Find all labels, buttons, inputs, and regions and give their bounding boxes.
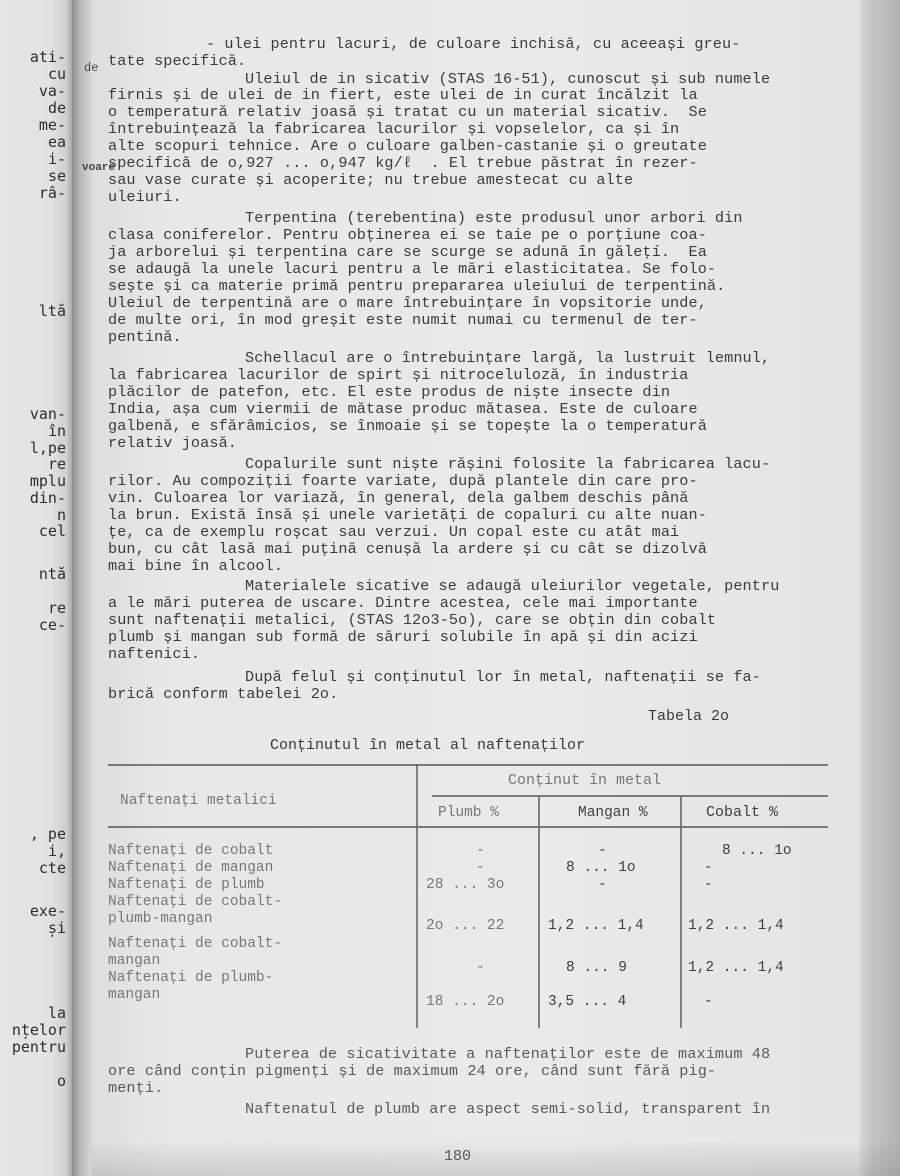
text-line: Schellacul are o întrebuințare largă, la…: [245, 350, 770, 366]
facing-page-text: ati-: [30, 49, 66, 66]
text-line: Puterea de sicativitate a naftenaților e…: [245, 1046, 770, 1062]
table-col-divider: [416, 764, 418, 1028]
column-header-cobalt: Cobalt %: [706, 805, 778, 821]
text-line: brică conform tabelei 2o.: [108, 686, 338, 702]
table-top-rule: [108, 764, 828, 766]
facing-page-text: din-: [30, 490, 66, 507]
text-line: Copalurile sunt niște rășini folosite la…: [245, 456, 770, 472]
table-cell-mangan: 1,2 ... 1,4: [548, 918, 644, 934]
group-header: Conținut în metal: [508, 773, 661, 789]
table-cell-cobalt: 8 ... 1o: [722, 843, 792, 859]
facing-page-text: pentru: [12, 1039, 66, 1056]
text-line: a le mări puterea de uscare. Dintre aces…: [108, 595, 698, 611]
table-row-label: mangan: [108, 953, 160, 969]
table-cell-plumb: -: [476, 960, 485, 976]
text-line: tate specifică.: [108, 53, 246, 69]
text-line: firnis și de ulei de in fiert, este ulei…: [108, 87, 698, 103]
text-line: galbenă, e sfărâmicios, se înmoaie și se…: [108, 418, 707, 434]
text-line: Terpentina (terebentina) este produsul u…: [245, 210, 743, 226]
table-cell-cobalt: -: [704, 877, 713, 893]
text-line: la fabricarea lacurilor de spirt și nitr…: [108, 367, 688, 383]
text-line: menți.: [108, 1080, 163, 1096]
text-line: bun, cu cât lasă mai puțină cenușă la ar…: [108, 541, 707, 557]
column-header-plumb: Plumb %: [438, 805, 499, 821]
facing-page-text: cu: [48, 66, 66, 83]
page-shadow: [92, 1140, 900, 1176]
facing-page-text: re: [48, 456, 66, 473]
margin-note-de: de: [84, 61, 98, 75]
text-line: Naftenatul de plumb are aspect semi-soli…: [245, 1101, 770, 1117]
text-line: sește și ca materie primă pentru prepara…: [108, 278, 725, 294]
facing-page-text: ea: [48, 134, 66, 151]
facing-page-text: , pe: [30, 826, 66, 843]
table-header-rule: [108, 826, 828, 828]
table-row-label: Naftenați de plumb: [108, 877, 265, 893]
table-row-label: Naftenați de mangan: [108, 860, 273, 876]
table-row-label: Naftenați de cobalt: [108, 843, 273, 859]
text-line: alte scopuri tehnice. Are o culoare galb…: [108, 138, 707, 154]
text-line: uleiuri.: [108, 189, 182, 205]
facing-page-text: ntă: [39, 566, 66, 583]
text-line: ore când conțin pigmenți și de maximum 2…: [108, 1063, 716, 1079]
table-row-label: Naftenați de cobalt-: [108, 936, 282, 952]
table-row-label: plumb-mangan: [108, 911, 212, 927]
text-line: întrebuințează la fabricarea lacurilor ș…: [108, 121, 679, 137]
table-row-label: Naftenați de cobalt-: [108, 894, 282, 910]
facing-page-text: cel: [39, 523, 66, 540]
row-header: Naftenați metalici: [120, 793, 277, 809]
table-cell-plumb: 28 ... 3o: [426, 877, 504, 893]
text-line: mai bine în alcool.: [108, 558, 283, 574]
book-gutter: [72, 0, 92, 1176]
facing-page-text: se: [48, 168, 66, 185]
facing-page-text: și: [48, 920, 66, 937]
facing-page-text: exe-: [30, 903, 66, 920]
text-line: sau vase curate și acoperite; nu trebue …: [108, 172, 633, 188]
text-line: pentină.: [108, 329, 182, 345]
text-line: Materialele sicative se adaugă uleiurilo…: [245, 578, 779, 594]
table-caption: Conținutul în metal al naftenaților: [270, 737, 585, 754]
table-cell-mangan: 8 ... 1o: [566, 860, 636, 876]
facing-page-text: râ-: [39, 185, 66, 202]
facing-page-text: i-: [48, 151, 66, 168]
text-line: India, așa cum viermii de mătase produc …: [108, 401, 698, 417]
facing-page-text: van-: [30, 406, 66, 423]
facing-page-text: cte: [39, 860, 66, 877]
text-line: specifică de o,927 ... o,947 kg/ℓ . El t…: [108, 155, 698, 171]
facing-page-text: la: [48, 1005, 66, 1022]
facing-page-text: ce-: [39, 617, 66, 634]
text-line: rilor. Au compoziții foarte variate, dup…: [108, 473, 698, 489]
facing-page-text: de: [48, 100, 66, 117]
facing-page-text: i,: [48, 843, 66, 860]
facing-page-text: va-: [39, 83, 66, 100]
facing-page-text: nțelor: [12, 1022, 66, 1039]
text-line: o temperatură relativ joasă și tratat cu…: [108, 104, 707, 120]
text-line: sunt naftenații metalici, (STAS 12o3-5o)…: [108, 612, 716, 628]
column-header-mangan: Mangan %: [578, 805, 648, 821]
table-cell-plumb: -: [476, 843, 485, 859]
text-line: de multe ori, în mod greșit este numit n…: [108, 312, 698, 328]
text-line: plumb și mangan sub formă de săruri solu…: [108, 629, 698, 645]
text-line: la brun. Există însă și unele varietăți …: [108, 507, 707, 523]
table-row-label: Naftenați de plumb-: [108, 970, 273, 986]
text-line: Uleiul de in sicativ (STAS 16-51), cunos…: [245, 71, 770, 87]
text-line: se adaugă la unele lacuri pentru a le mă…: [108, 261, 716, 277]
text-line: relativ joasă.: [108, 435, 237, 451]
table-cell-mangan: 8 ... 9: [566, 960, 627, 976]
text-line: ja arborelui și terpentina care se scurg…: [108, 244, 707, 260]
text-line: naftenici.: [108, 646, 200, 662]
table-cell-mangan: -: [598, 843, 607, 859]
table-cell-cobalt: -: [704, 994, 713, 1010]
table-cell-mangan: -: [598, 877, 607, 893]
text-line: Uleiul de terpentină are o mare întrebui…: [108, 295, 707, 311]
table-cell-cobalt: -: [704, 860, 713, 876]
table-label: Tabela 2o: [648, 708, 729, 725]
text-line: țe, ca de exemplu roșcat sau verzui. Un …: [108, 524, 679, 540]
table-col-divider: [680, 796, 682, 1028]
page-edge: [860, 0, 900, 1176]
facing-page-text: o: [57, 1073, 66, 1090]
table-row-label: mangan: [108, 987, 160, 1003]
table-cell-plumb: 18 ... 2o: [426, 994, 504, 1010]
text-line: clasa coniferelor. Pentru obținerea ei s…: [108, 227, 707, 243]
facing-page-text: me-: [39, 117, 66, 134]
facing-page-text: ltă: [39, 303, 66, 320]
table-cell-mangan: 3,5 ... 4: [548, 994, 626, 1010]
text-line: După felul și conținutul lor în metal, n…: [245, 669, 761, 685]
table-cell-plumb: -: [476, 860, 485, 876]
facing-page-text: mplu: [30, 473, 66, 490]
table-group-rule: [432, 795, 828, 797]
facing-page-text: re: [48, 600, 66, 617]
text-line: plăcilor de patefon, etc. El este produs…: [108, 384, 670, 400]
text-line: vin. Culoarea lor variază, în general, d…: [108, 490, 688, 506]
table-cell-cobalt: 1,2 ... 1,4: [688, 918, 784, 934]
text-line: - ulei pentru lacuri, de culoare inchisă…: [206, 36, 740, 52]
facing-page-fragment: ati-cuva-deme-eai-serâ-ltăvan-înl,peremp…: [0, 0, 72, 1176]
table-col-divider: [538, 796, 540, 1028]
table-cell-plumb: 2o ... 22: [426, 918, 504, 934]
table-cell-cobalt: 1,2 ... 1,4: [688, 960, 784, 976]
facing-page-text: în: [48, 423, 66, 440]
